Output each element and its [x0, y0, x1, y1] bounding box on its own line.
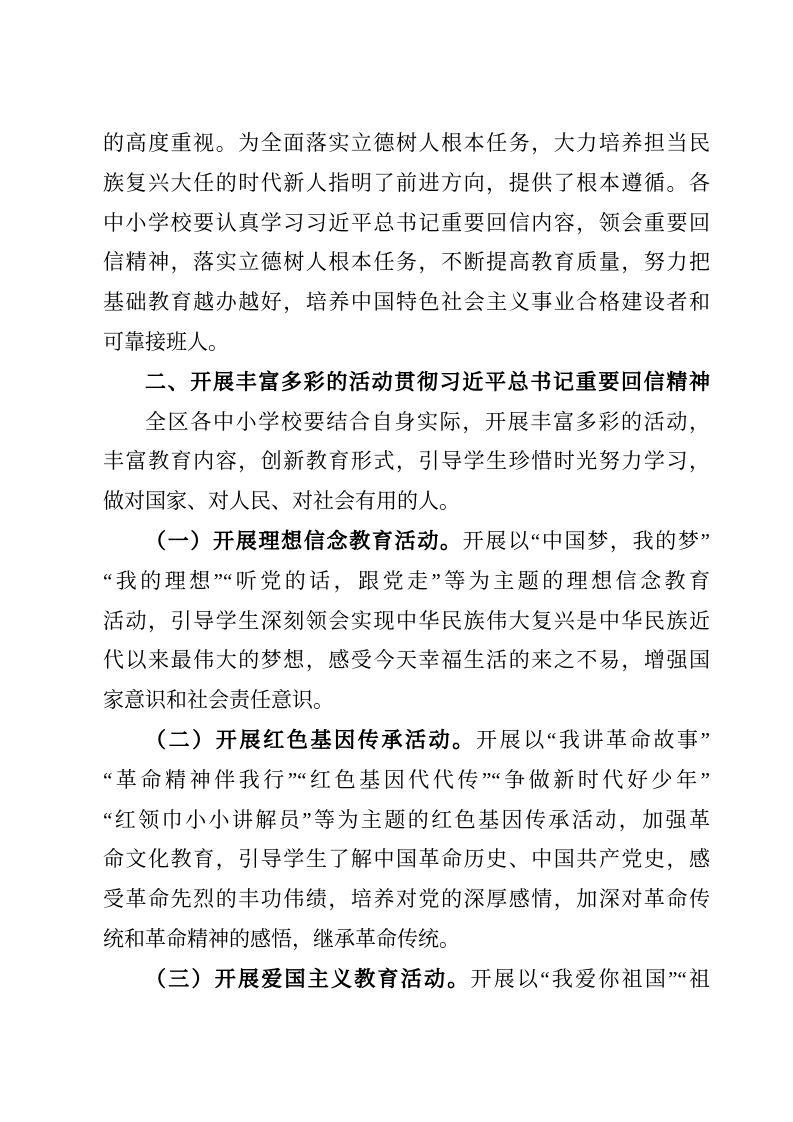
body-text: 开展以“我爱你祖国”“祖	[471, 967, 710, 991]
text-line: 二、开展丰富多彩的活动贯彻习近平总书记重要回信精神	[103, 363, 710, 403]
text-line: 命文化教育，引导学生了解中国革命历史、中国共产党史，感	[103, 840, 710, 880]
text-line: 基础教育越办越好，培养中国特色社会主义事业合格建设者和	[103, 283, 710, 323]
text-line: （三）开展爱国主义教育活动。开展以“我爱你祖国”“祖	[103, 960, 710, 1000]
text-line: 的高度重视。为全面落实立德树人根本任务，大力培养担当民	[103, 124, 710, 164]
text-line: 中小学校要认真学习习近平总书记重要回信内容，领会重要回	[103, 204, 710, 244]
text-line: “红领巾小小讲解员”等为主题的红色基因传承活动，加强革	[103, 801, 710, 841]
body-text: 受革命先烈的丰功伟绩，培养对党的深厚感情，加深对革命传	[103, 887, 710, 911]
text-line: 家意识和社会责任意识。	[103, 681, 710, 721]
paragraph: （三）开展爱国主义教育活动。开展以“我爱你祖国”“祖	[103, 960, 710, 1000]
body-text: 族复兴大任的时代新人指明了前进方向，提供了根本遵循。各	[103, 171, 710, 195]
text-line: （一）开展理想信念教育活动。开展以“中国梦，我的梦”	[103, 522, 710, 562]
text-line: 族复兴大任的时代新人指明了前进方向，提供了根本遵循。各	[103, 164, 710, 204]
section-heading: 二、开展丰富多彩的活动贯彻习近平总书记重要回信精神	[103, 363, 710, 403]
text-line: 做对国家、对人民、对社会有用的人。	[103, 482, 710, 522]
body-text: 基础教育越办越好，培养中国特色社会主义事业合格建设者和	[103, 290, 710, 314]
text-line: 可靠接班人。	[103, 323, 710, 363]
body-text: 全区各中小学校要结合自身实际，开展丰富多彩的活动，	[145, 410, 710, 434]
body-text: 家意识和社会责任意识。	[103, 688, 334, 712]
paragraph: 的高度重视。为全面落实立德树人根本任务，大力培养担当民族复兴大任的时代新人指明了…	[103, 124, 710, 363]
body-text: 统和革命精神的感悟，继承革命传统。	[103, 927, 460, 951]
text-line: 信精神，落实立德树人根本任务，不断提高教育质量，努力把	[103, 243, 710, 283]
body-text: 的高度重视。为全面落实立德树人根本任务，大力培养担当民	[103, 131, 710, 155]
body-text: 开展以“我讲革命故事”	[476, 728, 710, 752]
page-body: 的高度重视。为全面落实立德树人根本任务，大力培养担当民族复兴大任的时代新人指明了…	[103, 124, 710, 1000]
body-text: 丰富教育内容，创新教育形式，引导学生珍惜时光努力学习，	[103, 449, 710, 473]
text-line: 统和革命精神的感悟，继承革命传统。	[103, 920, 710, 960]
document-page: 的高度重视。为全面落实立德树人根本任务，大力培养担当民族复兴大任的时代新人指明了…	[0, 0, 793, 1122]
bold-lead-text: （三）开展爱国主义教育活动。	[145, 967, 471, 991]
body-text: 信精神，落实立德树人根本任务，不断提高教育质量，努力把	[103, 250, 710, 274]
paragraph: 全区各中小学校要结合自身实际，开展丰富多彩的活动，丰富教育内容，创新教育形式，引…	[103, 403, 710, 522]
paragraph: （二）开展红色基因传承活动。开展以“我讲革命故事”“革命精神伴我行”“红色基因代…	[103, 721, 710, 960]
body-text: 可靠接班人。	[103, 330, 229, 354]
body-text: “我的理想”“听党的话，跟党走”等为主题的理想信念教育	[103, 569, 710, 593]
body-text: 中小学校要认真学习习近平总书记重要回信内容，领会重要回	[103, 211, 710, 235]
body-text: “红领巾小小讲解员”等为主题的红色基因传承活动，加强革	[103, 808, 710, 832]
text-line: “我的理想”“听党的话，跟党走”等为主题的理想信念教育	[103, 562, 710, 602]
body-text: “革命精神伴我行”“红色基因代代传”“争做新时代好少年”	[103, 768, 710, 792]
body-text: 代以来最伟大的梦想，感受今天幸福生活的来之不易，增强国	[103, 648, 710, 672]
body-text: 做对国家、对人民、对社会有用的人。	[103, 489, 460, 513]
bold-lead-text: 二、开展丰富多彩的活动贯彻习近平总书记重要回信精神	[145, 371, 710, 394]
text-line: 丰富教育内容，创新教育形式，引导学生珍惜时光努力学习，	[103, 442, 710, 482]
text-line: “革命精神伴我行”“红色基因代代传”“争做新时代好少年”	[103, 761, 710, 801]
body-text: 命文化教育，引导学生了解中国革命历史、中国共产党史，感	[103, 847, 710, 871]
body-text: 开展以“中国梦，我的梦”	[463, 529, 710, 553]
text-line: （二）开展红色基因传承活动。开展以“我讲革命故事”	[103, 721, 710, 761]
text-line: 受革命先烈的丰功伟绩，培养对党的深厚感情，加深对革命传	[103, 880, 710, 920]
text-line: 活动，引导学生深刻领会实现中华民族伟大复兴是中华民族近	[103, 602, 710, 642]
bold-lead-text: （二）开展红色基因传承活动。	[145, 728, 476, 752]
body-text: 活动，引导学生深刻领会实现中华民族伟大复兴是中华民族近	[103, 609, 710, 633]
bold-lead-text: （一）开展理想信念教育活动。	[145, 529, 463, 553]
paragraph: （一）开展理想信念教育活动。开展以“中国梦，我的梦”“我的理想”“听党的话，跟党…	[103, 522, 710, 721]
text-line: 全区各中小学校要结合自身实际，开展丰富多彩的活动，	[103, 403, 710, 443]
text-line: 代以来最伟大的梦想，感受今天幸福生活的来之不易，增强国	[103, 641, 710, 681]
